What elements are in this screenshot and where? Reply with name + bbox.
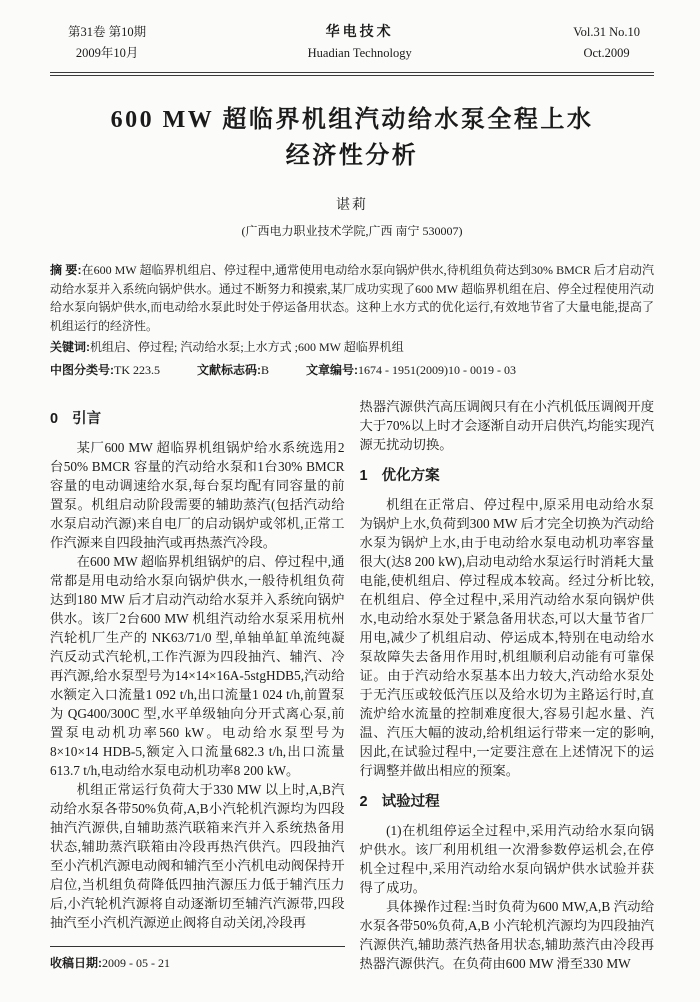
journal-page: 第31卷 第10期 2009年10月 华电技术 Huadian Technolo… bbox=[0, 0, 700, 1002]
journal-name-en: Huadian Technology bbox=[308, 43, 412, 64]
right-column: 热器汽源供汽高压调阀只有在小汽机低压调阀开度大于70%以上时才会逐渐自动开启供汽… bbox=[360, 397, 655, 973]
section-1-heading: 1优化方案 bbox=[360, 467, 655, 486]
abstract-text: 在600 MW 超临界机组启、停过程中,通常使用电动给水泵向锅炉供水,待机组负荷… bbox=[50, 263, 654, 333]
article-id-value: 1674 - 1951(2009)10 - 0019 - 03 bbox=[358, 363, 516, 377]
right-paragraph-2: (1)在机组停运全过程中,采用汽动给水泵向锅炉供水。该厂利用机组一次滑参数停运机… bbox=[360, 821, 655, 897]
abstract-label: 摘 要: bbox=[50, 263, 81, 277]
classification-line: 中图分类号:TK 223.5 文献标志码:B 文章编号:1674 - 1951(… bbox=[50, 361, 654, 380]
doc-code-segment: 文献标志码:B bbox=[197, 363, 269, 377]
received-date-label: 收稿日期: bbox=[50, 956, 102, 970]
received-date-value: 2009 - 05 - 21 bbox=[102, 956, 170, 970]
left-paragraph-3: 机组正常运行负荷大于330 MW 以上时,A,B汽动给水泵各带50%负荷,A,B… bbox=[50, 780, 345, 932]
journal-header: 第31卷 第10期 2009年10月 华电技术 Huadian Technolo… bbox=[50, 18, 654, 64]
date-en: Oct.2009 bbox=[573, 43, 640, 64]
article-title-line1: 600 MW 超临界机组汽动给水泵全程上水 bbox=[50, 102, 654, 138]
doc-code-value: B bbox=[261, 363, 269, 377]
journal-name-cn: 华电技术 bbox=[308, 22, 412, 43]
volume-issue-en: Vol.31 No.10 bbox=[573, 22, 640, 43]
header-right-block: Vol.31 No.10 Oct.2009 bbox=[573, 22, 640, 64]
clc-segment: 中图分类号:TK 223.5 bbox=[50, 363, 160, 377]
article-id-label: 文章编号: bbox=[306, 363, 358, 377]
keywords-label: 关键词: bbox=[50, 340, 90, 354]
clc-label: 中图分类号: bbox=[50, 363, 114, 377]
section-0-title: 引言 bbox=[72, 411, 101, 427]
meta-block: 摘 要:在600 MW 超临界机组启、停过程中,通常使用电动给水泵向锅炉供水,待… bbox=[50, 261, 654, 379]
right-paragraph-3: 具体操作过程:当时负荷为600 MW,A,B 汽动给水泵各带50%负荷,A,B … bbox=[360, 897, 655, 973]
header-divider bbox=[50, 72, 654, 76]
section-0-heading: 0引言 bbox=[50, 410, 345, 429]
keywords-text: 机组启、停过程; 汽动给水泵;上水方式 ;600 MW 超临界机组 bbox=[90, 340, 404, 354]
section-1-number: 1 bbox=[360, 468, 368, 484]
article-title-line2: 经济性分析 bbox=[50, 138, 654, 174]
left-paragraph-2: 在600 MW 超临界机组锅炉的启、停过程中,通常都是用电动给水泵向锅炉供水,一… bbox=[50, 552, 345, 780]
section-2-title: 试验过程 bbox=[382, 794, 440, 810]
header-left-block: 第31卷 第10期 2009年10月 bbox=[68, 22, 146, 64]
author-affiliation: (广西电力职业技术学院,广西 南宁 530007) bbox=[50, 222, 654, 239]
keywords-line: 关键词:机组启、停过程; 汽动给水泵;上水方式 ;600 MW 超临界机组 bbox=[50, 338, 654, 357]
clc-value: TK 223.5 bbox=[114, 363, 160, 377]
section-2-heading: 2试验过程 bbox=[360, 793, 655, 812]
abstract-paragraph: 摘 要:在600 MW 超临界机组启、停过程中,通常使用电动给水泵向锅炉供水,待… bbox=[50, 261, 654, 335]
right-paragraph-1: 机组在正常启、停过程中,原采用电动给水泵为锅炉上水,负荷到300 MW 后才完全… bbox=[360, 495, 655, 780]
doc-code-label: 文献标志码: bbox=[197, 363, 261, 377]
volume-issue-cn: 第31卷 第10期 bbox=[68, 22, 146, 43]
section-2-number: 2 bbox=[360, 794, 368, 810]
received-date-footnote: 收稿日期:2009 - 05 - 21 bbox=[50, 946, 345, 973]
left-paragraph-1: 某厂600 MW 超临界机组锅炉给水系统选用2台50% BMCR 容量的汽动给水… bbox=[50, 438, 345, 552]
header-center-block: 华电技术 Huadian Technology bbox=[308, 22, 412, 64]
right-paragraph-continuation: 热器汽源供汽高压调阀只有在小汽机低压调阀开度大于70%以上时才会逐渐自动开启供汽… bbox=[360, 397, 655, 454]
left-column: 0引言 某厂600 MW 超临界机组锅炉给水系统选用2台50% BMCR 容量的… bbox=[50, 397, 345, 973]
body-columns: 0引言 某厂600 MW 超临界机组锅炉给水系统选用2台50% BMCR 容量的… bbox=[50, 397, 654, 973]
title-block: 600 MW 超临界机组汽动给水泵全程上水 经济性分析 谌莉 (广西电力职业技术… bbox=[50, 102, 654, 239]
article-id-segment: 文章编号:1674 - 1951(2009)10 - 0019 - 03 bbox=[306, 363, 516, 377]
section-0-number: 0 bbox=[50, 411, 58, 427]
author-name: 谌莉 bbox=[50, 194, 654, 214]
date-cn: 2009年10月 bbox=[68, 43, 146, 64]
section-1-title: 优化方案 bbox=[382, 468, 440, 484]
